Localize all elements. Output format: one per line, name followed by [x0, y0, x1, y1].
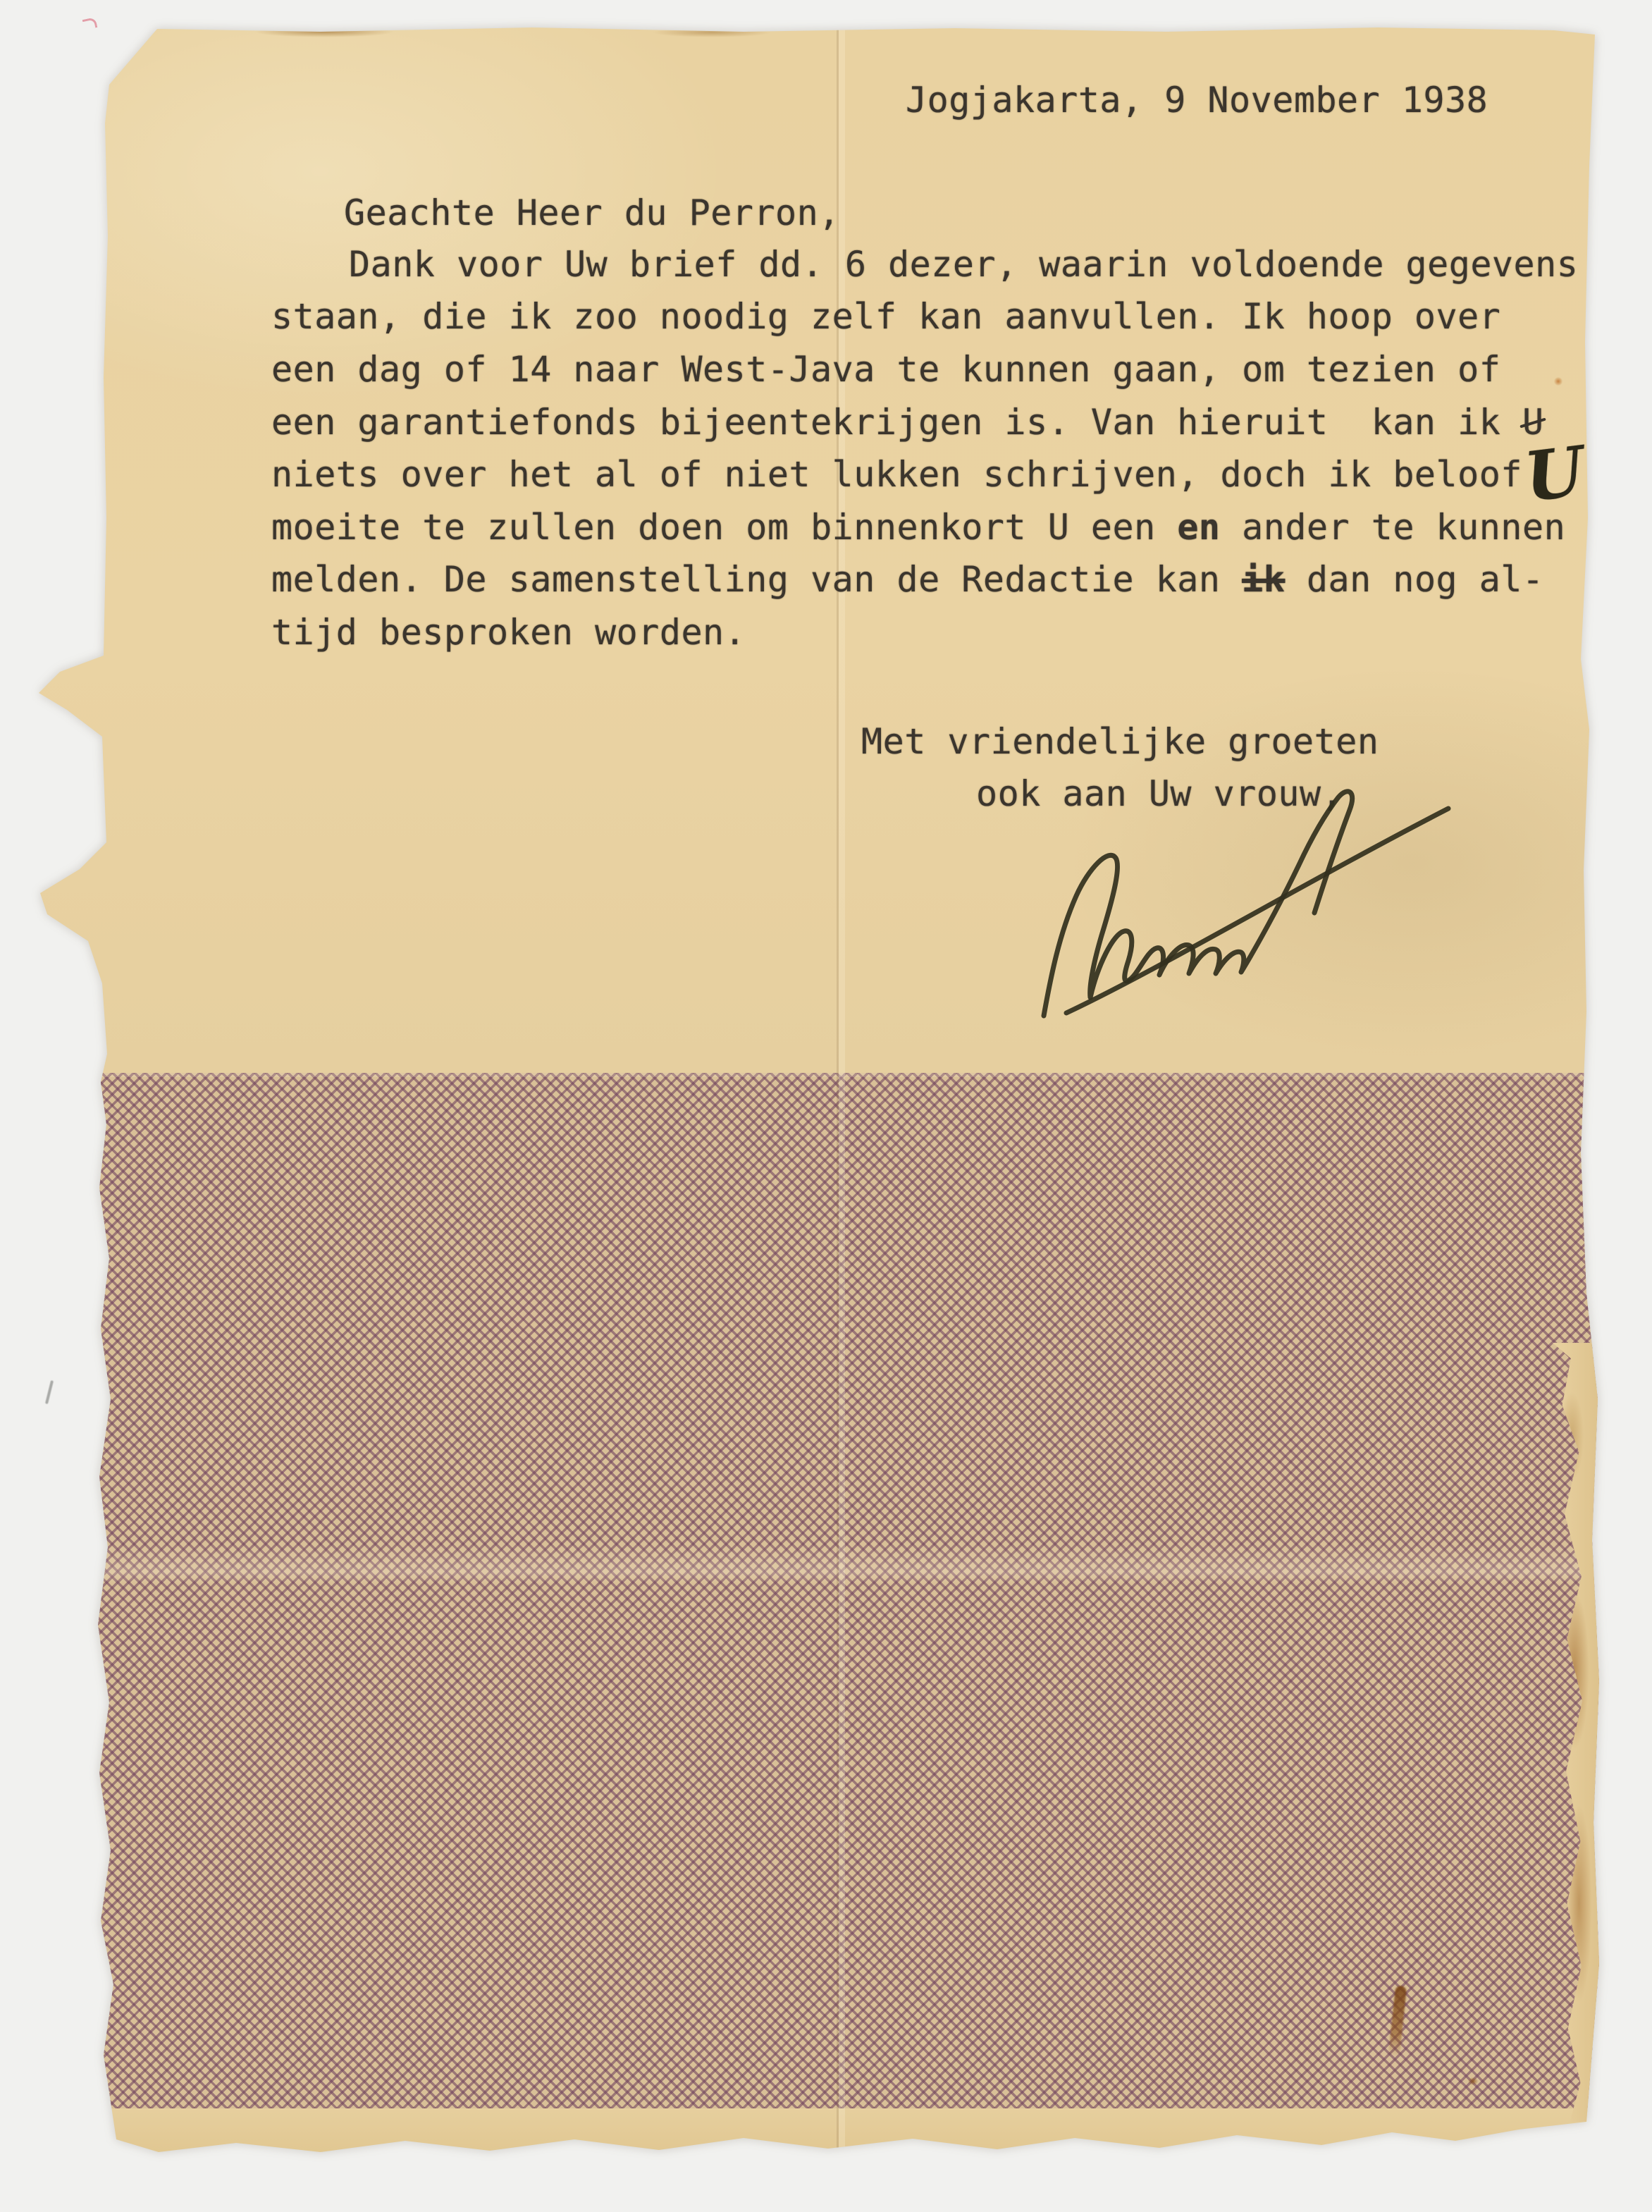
rust-dot-stain: [1468, 2077, 1478, 2085]
torn-bottom-edge: [81, 2108, 1589, 2159]
body-line-6-text-c: ander te kunnen: [1221, 507, 1566, 548]
top-edge-stain: [652, 27, 772, 37]
paper-sheet: Jogjakarta, 9 November 1938 Geachte Heer…: [39, 25, 1600, 2159]
body-line-5: niets over het al of niet lukken schrijv…: [271, 453, 1584, 496]
struck-out-word-ik: ik: [1242, 559, 1285, 600]
body-line-7-text-a: melden. De samenstelling van de Redactie…: [271, 559, 1242, 600]
body-line-3: een dag of 14 naar West-Java te kunnen g…: [271, 348, 1500, 391]
body-line-7: melden. De samenstelling van de Redactie…: [271, 558, 1544, 601]
handwritten-ink-U-annotation: U: [1525, 471, 1584, 478]
closing-line-1: Met vriendelijke groeten: [861, 720, 1379, 763]
body-line-2: staan, die ik zoo noodig zelf kan aanvul…: [271, 295, 1500, 338]
body-line-6: moeite te zullen doen om binnenkort U ee…: [271, 506, 1565, 548]
overtyped-word-en: en: [1177, 507, 1220, 548]
signature-name-stroke: [1044, 792, 1352, 1016]
paper-lower-crosshatch-half: [39, 1073, 1600, 2108]
body-line-5-text: niets over het al of niet lukken schrijv…: [271, 454, 1522, 495]
scanned-letter-page: { "document": { "kind": "typewritten-let…: [0, 0, 1652, 2212]
body-line-8: tijd besproken worden.: [271, 611, 746, 653]
signature-ink: [983, 765, 1462, 1019]
signature-flourish-stroke: [1066, 809, 1448, 1013]
body-line-1: Dank voor Uw brief dd. 6 dezer, waarin v…: [349, 243, 1578, 285]
date-line: Jogjakarta, 9 November 1938: [906, 79, 1488, 121]
top-edge-stain: [254, 26, 395, 37]
letter-paper: Jogjakarta, 9 November 1938 Geachte Heer…: [39, 25, 1600, 2159]
edge-rust-dot: [1554, 377, 1562, 386]
body-line-7-text-c: dan nog al-: [1285, 559, 1543, 600]
body-line-4: een garantiefonds bijeentekrijgen is. Va…: [271, 401, 1544, 443]
salutation-line: Geachte Heer du Perron,: [344, 192, 840, 234]
body-line-4-text: een garantiefonds bijeentekrijgen is. Va…: [271, 402, 1522, 443]
vertical-fold-crease: [837, 25, 845, 2159]
body-line-6-text-a: moeite te zullen doen om binnenkort U ee…: [271, 507, 1177, 548]
